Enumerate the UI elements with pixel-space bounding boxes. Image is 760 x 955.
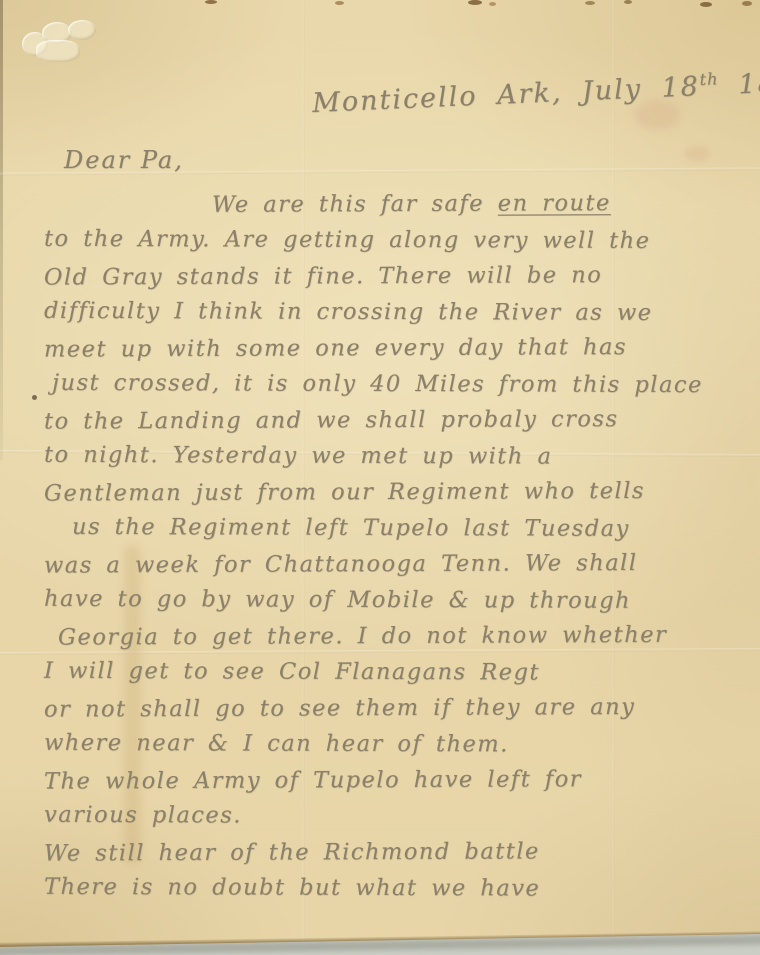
letter-line: have to go by way of Mobile & up through <box>44 581 756 619</box>
letter-line: I will get to see Col Flanagans Regt <box>44 653 756 691</box>
letter-line: We are this far safe en route <box>44 184 756 223</box>
letter-line: meet up with some one every day that has <box>44 328 756 367</box>
stain-spot <box>742 1 752 6</box>
dateline: Monticello Ark, July 18th 1862 <box>312 65 760 119</box>
letter-line: Old Gray stands it fine. There will be n… <box>44 256 756 295</box>
letter-line: to the Army. Are getting along very well… <box>44 221 756 259</box>
stain-spot <box>700 2 712 7</box>
dateline-year: 1862 <box>738 66 760 100</box>
letter-line: where near & I can hear of them. <box>44 725 756 763</box>
stain-spot <box>205 0 217 4</box>
paper-left-edge <box>0 0 3 460</box>
stain-smudge <box>684 146 710 162</box>
underlined-phrase: en route <box>498 190 611 216</box>
ink-dot <box>32 395 37 400</box>
letter-line: There is no doubt but what we have <box>44 869 756 907</box>
embossed-crest <box>22 18 106 66</box>
stain-spot <box>624 0 632 4</box>
stain-spot <box>489 2 496 6</box>
letter-body: We are this far safe en routeto the Army… <box>44 186 756 906</box>
stain-spot <box>335 1 344 5</box>
letter-paper: Monticello Ark, July 18th 1862 Dear Pa, … <box>0 0 760 955</box>
letter-line: difficulty I think in crossing the River… <box>44 293 756 331</box>
stain-spot <box>585 1 595 5</box>
dateline-ordinal: th <box>699 69 719 89</box>
stain-spot <box>468 0 482 5</box>
letter-line: or not shall go to see them if they are … <box>44 688 756 727</box>
letter-line: Gentleman just from our Regiment who tel… <box>44 472 756 511</box>
crest-scroll <box>36 40 80 62</box>
letter-line: just crossed, it is only 40 Miles from t… <box>44 365 756 403</box>
letter-line: us the Regiment left Tupelo last Tuesday <box>44 509 756 547</box>
letter-line: Georgia to get there. I do not know whet… <box>44 616 756 655</box>
letter-line: was a week for Chattanooga Tenn. We shal… <box>44 544 756 583</box>
letter-line: to night. Yesterday we met up with a <box>44 437 756 475</box>
letter-line: to the Landing and we shall probaly cros… <box>44 400 756 439</box>
salutation: Dear Pa, <box>64 146 184 174</box>
scan-background: Monticello Ark, July 18th 1862 Dear Pa, … <box>0 0 760 955</box>
crest-scroll <box>68 20 96 40</box>
letter-line: The whole Army of Tupelo have left for <box>44 760 756 799</box>
letter-line: We still hear of the Richmond battle <box>44 832 756 871</box>
letter-line: various places. <box>44 797 756 835</box>
